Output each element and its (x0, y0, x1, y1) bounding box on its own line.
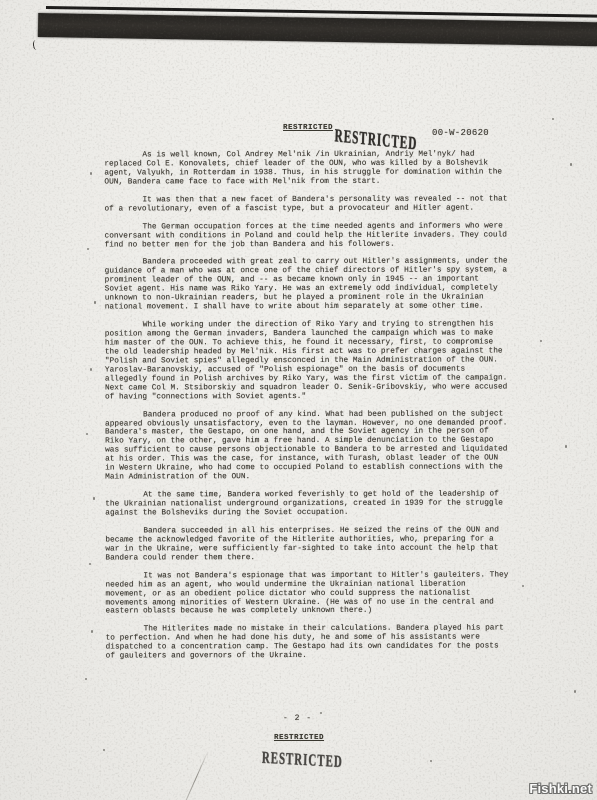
paragraph: While working under the direction of Rik… (105, 321, 509, 403)
ink-speck (87, 248, 89, 250)
paragraph: Bandera proceeded with great zeal to car… (105, 258, 509, 313)
pen-scratch-mark (184, 750, 209, 800)
ink-speck (540, 340, 542, 342)
ink-speck (430, 760, 432, 762)
paragraph: It was then that a new facet of Bandera'… (104, 195, 508, 214)
document-number: 00-W-20620 (432, 128, 489, 138)
site-watermark: Fishki.net (529, 781, 592, 796)
document-body: As is well known, Col Andrey Mel'nik /in… (104, 150, 509, 670)
classification-typed-footer: RESTRICTED (274, 734, 324, 742)
ink-speck (90, 368, 92, 371)
ink-speck (89, 563, 91, 565)
ink-speck (93, 497, 95, 500)
classification-typed-header: RESTRICTED (283, 124, 333, 132)
ink-speck (552, 118, 554, 120)
paragraph: At the same time, Bandera worked feveris… (105, 491, 509, 519)
ink-speck (320, 712, 322, 714)
ink-speck (90, 172, 92, 175)
ink-mark (32, 40, 39, 51)
scan-artifact-band (38, 13, 597, 46)
paragraph: It was not Bandera's espionage that was … (105, 571, 509, 617)
ink-speck (91, 630, 93, 633)
paragraph: The Hitlerites made no mistake in their … (106, 625, 510, 662)
ink-speck (94, 301, 96, 304)
page-number: - 2 - (283, 714, 312, 723)
paragraph: Bandera produced no proof of any kind. W… (105, 410, 509, 483)
ink-speck (103, 749, 105, 751)
ink-speck (85, 678, 87, 680)
paragraph: Bandera succeeded in all his enterprises… (105, 526, 509, 563)
classification-stamp-footer: RESTRICTED (262, 749, 343, 772)
paragraph: The German occupation forces at the time… (105, 222, 509, 250)
ink-speck (86, 433, 88, 435)
paragraph: As is well known, Col Andrey Mel'nik /in… (104, 150, 508, 187)
ink-speck (565, 445, 567, 448)
ink-speck (574, 690, 576, 693)
ink-speck (522, 585, 524, 587)
ink-speck (570, 163, 572, 166)
scanned-document-page: RESTRICTED RESTRICTED 00-W-20620 As is w… (0, 0, 597, 800)
